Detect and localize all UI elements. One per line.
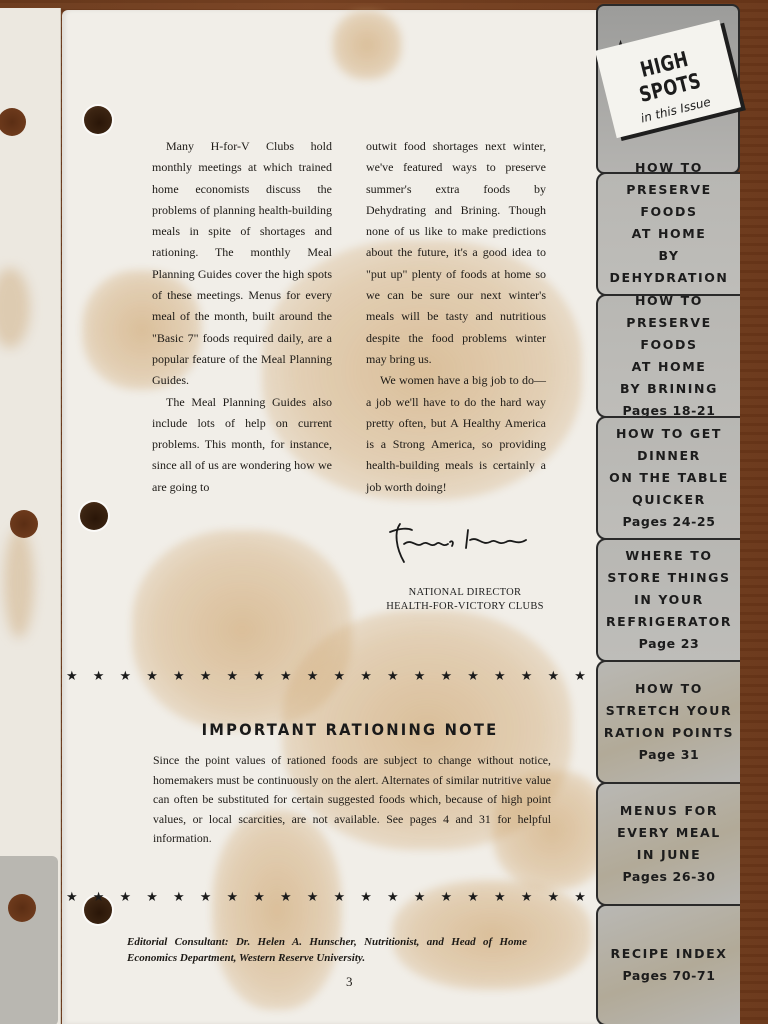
stain bbox=[4, 528, 34, 638]
editorial-credit: Editorial Consultant: Dr. Helen A. Hunsc… bbox=[127, 934, 527, 966]
index-tab-title-line: EVERY MEAL bbox=[617, 822, 721, 844]
star-divider: ★★★★★★★★★★★★★★★★★★★★ bbox=[66, 889, 586, 905]
letter-column-right: outwit food shortages next winter, we've… bbox=[366, 136, 546, 498]
index-tab-title-line: ON THE TABLE bbox=[609, 467, 729, 489]
signature bbox=[386, 518, 536, 570]
index-tab-pages: Page 23 bbox=[639, 633, 700, 655]
binder-hole bbox=[84, 106, 112, 134]
signer-title: NATIONAL DIRECTOR HEALTH-FOR-VICTORY CLU… bbox=[360, 586, 570, 614]
star-icon: ★ bbox=[334, 669, 346, 684]
index-tab[interactable]: HOW TOPRESERVE FOODSAT HOMEBY DEHYDRATIO… bbox=[596, 172, 740, 296]
stain bbox=[0, 268, 30, 348]
index-tab[interactable]: WHERE TOSTORE THINGSIN YOURREFRIGERATORP… bbox=[596, 538, 740, 662]
index-tab-title-line: HOW TO bbox=[635, 290, 703, 312]
star-icon: ★ bbox=[173, 669, 185, 684]
star-icon: ★ bbox=[467, 890, 479, 905]
index-tab-title-line: RECIPE INDEX bbox=[611, 943, 728, 965]
page-number: 3 bbox=[346, 974, 353, 990]
index-tab[interactable]: HOW TOSTRETCH YOURRATION POINTSPage 31 bbox=[596, 660, 740, 784]
star-icon: ★ bbox=[66, 669, 78, 684]
star-icon: ★ bbox=[574, 890, 586, 905]
previous-page-edge bbox=[0, 8, 61, 1024]
star-icon: ★ bbox=[414, 669, 426, 684]
star-icon: ★ bbox=[387, 890, 399, 905]
letter-paragraph: The Meal Planning Guides also include lo… bbox=[152, 392, 332, 498]
star-icon: ★ bbox=[227, 890, 239, 905]
star-icon: ★ bbox=[307, 890, 319, 905]
star-icon: ★ bbox=[173, 890, 185, 905]
star-icon: ★ bbox=[120, 890, 132, 905]
star-icon: ★ bbox=[66, 890, 78, 905]
star-icon: ★ bbox=[253, 890, 265, 905]
index-tab[interactable]: MENUS FOREVERY MEALIN JUNEPages 26-30 bbox=[596, 782, 740, 906]
star-icon: ★ bbox=[146, 669, 158, 684]
index-tab[interactable]: HOW TOPRESERVE FOODSAT HOMEBY BRININGPag… bbox=[596, 294, 740, 418]
rationing-note-title: IMPORTANT RATIONING NOTE bbox=[166, 720, 534, 739]
signer-title-line: NATIONAL DIRECTOR bbox=[360, 586, 570, 600]
binder-hole bbox=[0, 108, 26, 136]
index-tab-title-line: IN YOUR bbox=[634, 589, 704, 611]
star-icon: ★ bbox=[200, 890, 212, 905]
star-icon: ★ bbox=[441, 669, 453, 684]
index-tab-title-line: HOW TO bbox=[635, 678, 703, 700]
star-icon: ★ bbox=[521, 669, 533, 684]
index-tab-pages: Pages 24-25 bbox=[622, 511, 715, 533]
index-tab-title-line: BY BRINING bbox=[620, 378, 718, 400]
star-icon: ★ bbox=[280, 669, 292, 684]
star-icon: ★ bbox=[387, 669, 399, 684]
index-tab-title-line: AT HOME bbox=[632, 223, 707, 245]
index-tab-title-line: HOW TO GET bbox=[616, 423, 722, 445]
star-icon: ★ bbox=[280, 890, 292, 905]
letter-paragraph: We women have a big job to do—a job we'l… bbox=[366, 370, 546, 498]
star-icon: ★ bbox=[360, 890, 372, 905]
index-tab-pages: Page 31 bbox=[639, 744, 700, 766]
star-icon: ★ bbox=[521, 890, 533, 905]
letter-column-left: Many H-for-V Clubs hold monthly meetings… bbox=[152, 136, 332, 498]
star-icon: ★ bbox=[93, 669, 105, 684]
rationing-note-body: Since the point values of rationed foods… bbox=[153, 751, 551, 849]
star-icon: ★ bbox=[93, 890, 105, 905]
index-tab-pages: Pages 26-30 bbox=[622, 866, 715, 888]
star-icon: ★ bbox=[494, 669, 506, 684]
star-divider: ★★★★★★★★★★★★★★★★★★★★ bbox=[66, 668, 586, 684]
star-icon: ★ bbox=[120, 669, 132, 684]
previous-page-tab bbox=[0, 856, 58, 1024]
index-tab-title-line: QUICKER bbox=[632, 489, 706, 511]
star-icon: ★ bbox=[467, 669, 479, 684]
index-tab-title-line: PRESERVE FOODS bbox=[598, 312, 740, 356]
index-tab-title-line: MENUS FOR bbox=[620, 800, 718, 822]
index-tab-title-line: BY DEHYDRATION bbox=[598, 245, 740, 289]
star-icon: ★ bbox=[360, 669, 372, 684]
index-tab[interactable]: HOW TO GETDINNERON THE TABLEQUICKERPages… bbox=[596, 416, 740, 540]
signer-title-line: HEALTH-FOR-VICTORY CLUBS bbox=[360, 600, 570, 614]
index-tab-title-line: RATION POINTS bbox=[604, 722, 734, 744]
star-icon: ★ bbox=[146, 890, 158, 905]
star-icon: ★ bbox=[227, 669, 239, 684]
star-icon: ★ bbox=[548, 890, 560, 905]
letter-paragraph: outwit food shortages next winter, we've… bbox=[366, 136, 546, 370]
star-icon: ★ bbox=[441, 890, 453, 905]
star-icon: ★ bbox=[253, 669, 265, 684]
binder-hole bbox=[80, 502, 108, 530]
star-icon: ★ bbox=[414, 890, 426, 905]
index-tab-title-line: REFRIGERATOR bbox=[606, 611, 732, 633]
index-header: ★ HIGH SPOTS in this Issue bbox=[596, 4, 740, 174]
star-icon: ★ bbox=[307, 669, 319, 684]
star-icon: ★ bbox=[574, 669, 586, 684]
index-tab-title-line: STORE THINGS bbox=[607, 567, 730, 589]
index-tab-title-line: IN JUNE bbox=[637, 844, 701, 866]
index-tab-title-line: HOW TO bbox=[635, 157, 703, 179]
index-tab-title-line: PRESERVE FOODS bbox=[598, 179, 740, 223]
index-tab-title-line: WHERE TO bbox=[625, 545, 712, 567]
stain bbox=[332, 10, 402, 80]
index-tab-title-line: AT HOME bbox=[632, 356, 707, 378]
letter-paragraph: Many H-for-V Clubs hold monthly meetings… bbox=[152, 136, 332, 392]
index-tab[interactable]: RECIPE INDEXPages 70-71 bbox=[596, 904, 740, 1024]
binder-hole bbox=[10, 510, 38, 538]
star-icon: ★ bbox=[334, 890, 346, 905]
star-icon: ★ bbox=[200, 669, 212, 684]
high-spots-index: ★ HIGH SPOTS in this Issue HOW TOPRESERV… bbox=[596, 4, 744, 1024]
index-tab-title-line: DINNER bbox=[637, 445, 701, 467]
binder-hole bbox=[8, 894, 36, 922]
star-icon: ★ bbox=[548, 669, 560, 684]
index-tab-title-line: STRETCH YOUR bbox=[606, 700, 732, 722]
index-tab-pages: Pages 70-71 bbox=[622, 965, 715, 987]
star-icon: ★ bbox=[494, 890, 506, 905]
